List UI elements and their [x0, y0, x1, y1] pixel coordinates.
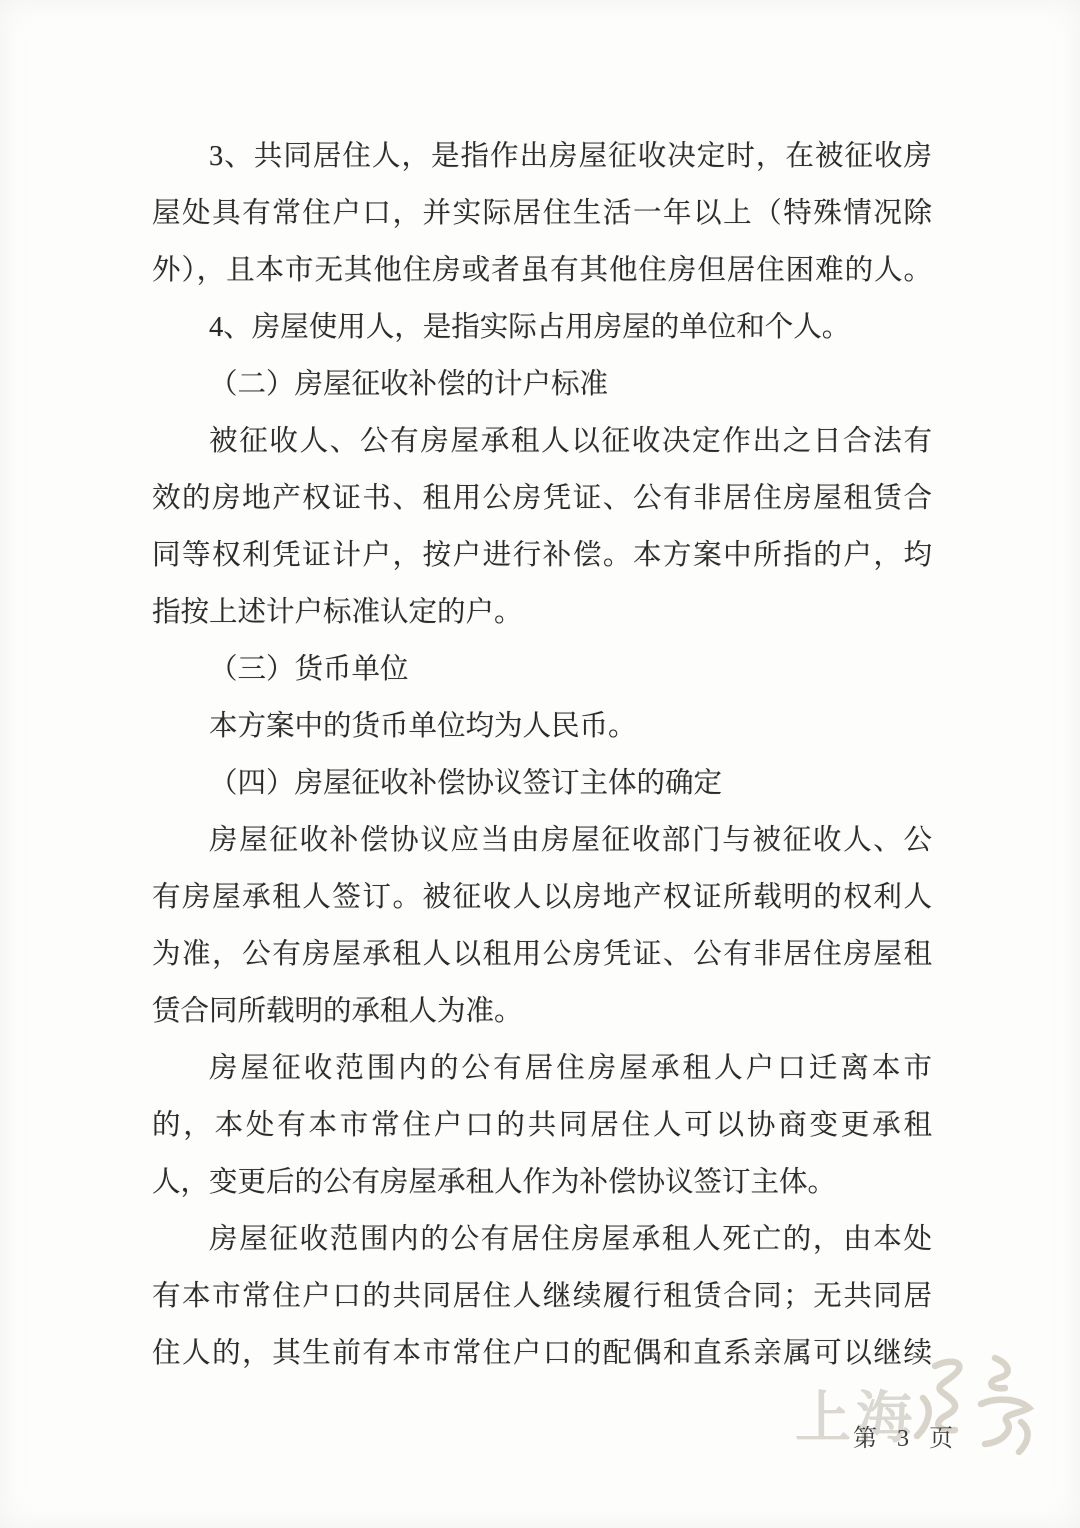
text-line: 有房屋承租人签订。被征收人以房地产权证所载明的权利人 — [152, 869, 932, 926]
text-line: 为准，公有房屋承租人以租用公房凭证、公有非居住房屋租 — [152, 926, 932, 983]
text-line: 本方案中的货币单位均为人民币。 — [152, 698, 932, 755]
text-line: 房屋征收补偿协议应当由房屋征收部门与被征收人、公 — [152, 812, 932, 869]
text-line: 有本市常住户口的共同居住人继续履行租赁合同；无共同居 — [152, 1268, 932, 1325]
text-line: 房屋征收范围内的公有居住房屋承租人户口迁离本市 — [152, 1040, 932, 1097]
text-line: 屋处具有常住户口，并实际居住生活一年以上（特殊情况除 — [152, 185, 932, 242]
page-number: 第 3 页 — [853, 1418, 960, 1453]
section-heading: （二）房屋征收补偿的计户标准 — [152, 356, 932, 413]
text-line: 同等权利凭证计户，按户进行补偿。本方案中所指的户，均 — [152, 527, 932, 584]
text-line: 赁合同所载明的承租人为准。 — [152, 983, 932, 1040]
document-body: 3、共同居住人，是指作出房屋征收决定时，在被征收房屋处具有常住户口，并实际居住生… — [152, 128, 932, 1382]
text-line: 房屋征收范围内的公有居住房屋承租人死亡的，由本处 — [152, 1211, 932, 1268]
text-line: 人，变更后的公有房屋承租人作为补偿协议签订主体。 — [152, 1154, 932, 1211]
text-line: 指按上述计户标准认定的户。 — [152, 584, 932, 641]
text-line: 被征收人、公有房屋承租人以征收决定作出之日合法有 — [152, 413, 932, 470]
text-line: 3、共同居住人，是指作出房屋征收决定时，在被征收房 — [152, 128, 932, 185]
document-page: 3、共同居住人，是指作出房屋征收决定时，在被征收房屋处具有常住户口，并实际居住生… — [0, 0, 1080, 1528]
text-line: 效的房地产权证书、租用公房凭证、公有非居住房屋租赁合 — [152, 470, 932, 527]
text-line: 外），且本市无其他住房或者虽有其他住房但居住困难的人。 — [152, 242, 932, 299]
text-line: 的，本处有本市常住户口的共同居住人可以协商变更承租 — [152, 1097, 932, 1154]
text-line: 4、房屋使用人，是指实际占用房屋的单位和个人。 — [152, 299, 932, 356]
section-heading: （四）房屋征收补偿协议签订主体的确定 — [152, 755, 932, 812]
text-line: 住人的，其生前有本市常住户口的配偶和直系亲属可以继续 — [152, 1325, 932, 1382]
section-heading: （三）货币单位 — [152, 641, 932, 698]
